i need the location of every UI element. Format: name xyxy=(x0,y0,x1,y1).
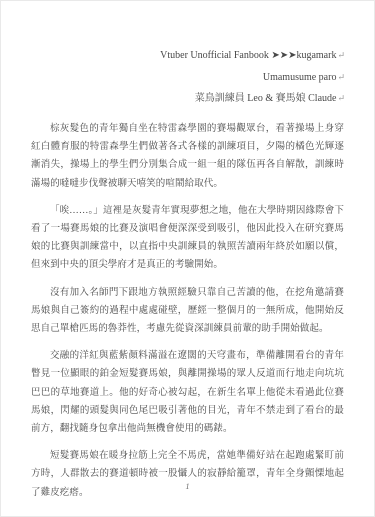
header-line-subtitle: Umamusume paro↵ xyxy=(31,67,345,89)
body-paragraph: 沒有加入名師門下跟地方執照經驗只靠自己苦讀的他，在挖角邀請賽馬娘與自己簽約的過程… xyxy=(31,284,344,339)
page-number: 1 xyxy=(1,482,374,491)
header-title-text: Vtuber Unofficial Fanbook ➤➤➤kugamark xyxy=(160,50,336,61)
body-paragraph: 短髮賽馬娘在暖身拉筋上完全不馬虎，當她準備好站在起跑處緊盯前方時，人群散去的賽道… xyxy=(31,447,344,502)
body-paragraph: 交融的洋紅與藍紫顏料滿溢在遼闊的天穹畫布，準備離開看台的青年瞥見一位顯眼的鉑金短… xyxy=(31,347,344,438)
header-line-characters: 菜鳥訓練員 Leo & 賽馬娘 Claude↵ xyxy=(31,88,345,110)
return-mark-icon: ↵ xyxy=(336,72,345,82)
document-header: Vtuber Unofficial Fanbook ➤➤➤kugamark↵ U… xyxy=(31,45,345,110)
header-characters-text: 菜鳥訓練員 Leo & 賽馬娘 Claude xyxy=(195,93,337,104)
header-line-title: Vtuber Unofficial Fanbook ➤➤➤kugamark↵ xyxy=(31,45,345,67)
document-page: Vtuber Unofficial Fanbook ➤➤➤kugamark↵ U… xyxy=(0,0,375,517)
body-paragraph: 「唉……。」這裡是灰髮青年實現夢想之地，他在大學時期因緣際會下看了一場賽馬娘的比… xyxy=(31,202,344,275)
body-paragraph: 棕灰髮色的青年獨自坐在特雷森學園的賽場觀眾台，看著操場上身穿紅白體育服的特雷森學… xyxy=(31,120,344,193)
document-body: 棕灰髮色的青年獨自坐在特雷森學園的賽場觀眾台，看著操場上身穿紅白體育服的特雷森學… xyxy=(31,120,344,511)
return-mark-icon: ↵ xyxy=(336,50,345,60)
header-subtitle-text: Umamusume paro xyxy=(263,72,337,83)
return-mark-icon: ↵ xyxy=(336,93,345,103)
